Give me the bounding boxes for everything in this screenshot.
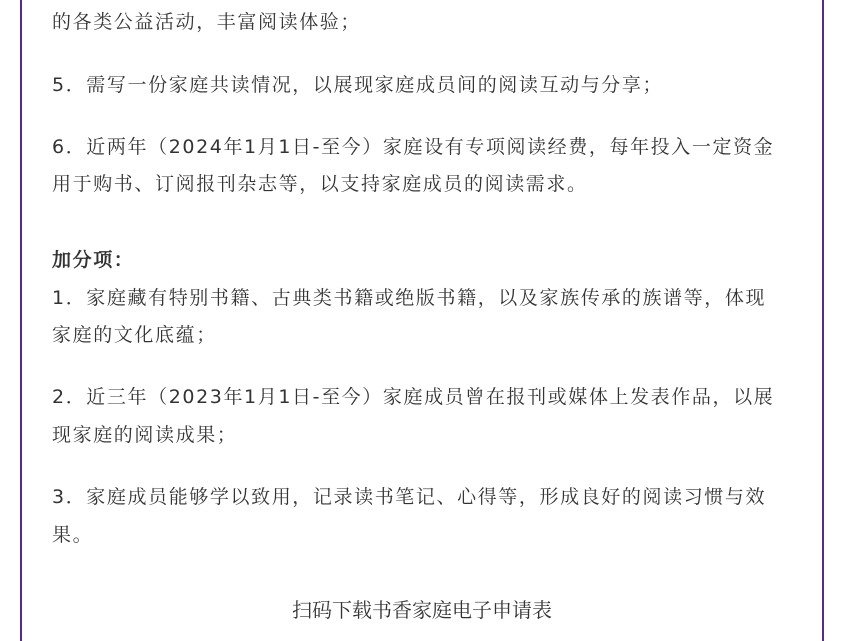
requirement-6-line1: 6．近两年（2024年1月1日-至今）家庭设有专项阅读经费，每年投入一定资金	[52, 129, 792, 166]
qr-download-caption: 扫码下载书香家庭电子申请表	[22, 597, 822, 623]
requirement-5: 5．需写一份家庭共读情况，以展现家庭成员间的阅读互动与分享；	[52, 67, 792, 104]
bonus-item-1-line1: 1．家庭藏有特别书籍、古典类书籍或绝版书籍，以及家族传承的族谱等，体现	[52, 280, 792, 317]
bonus-item-1-line2: 家庭的文化底蕴；	[52, 317, 792, 354]
bonus-item-2-line2: 现家庭的阅读成果；	[52, 417, 792, 454]
bonus-item-2-line1: 2．近三年（2023年1月1日-至今）家庭成员曾在报刊或媒体上发表作品，以展	[52, 379, 792, 416]
bonus-item-3-line2: 果。	[52, 517, 792, 554]
bonus-item-3-line1: 3．家庭成员能够学以致用，记录读书笔记、心得等，形成良好的阅读习惯与效	[52, 479, 792, 516]
requirement-6-line2: 用于购书、订阅报刊杂志等，以支持家庭成员的阅读需求。	[52, 166, 792, 203]
requirement-4-continuation: 的各类公益活动，丰富阅读体验；	[52, 4, 792, 41]
bonus-heading: 加分项：	[52, 242, 792, 279]
